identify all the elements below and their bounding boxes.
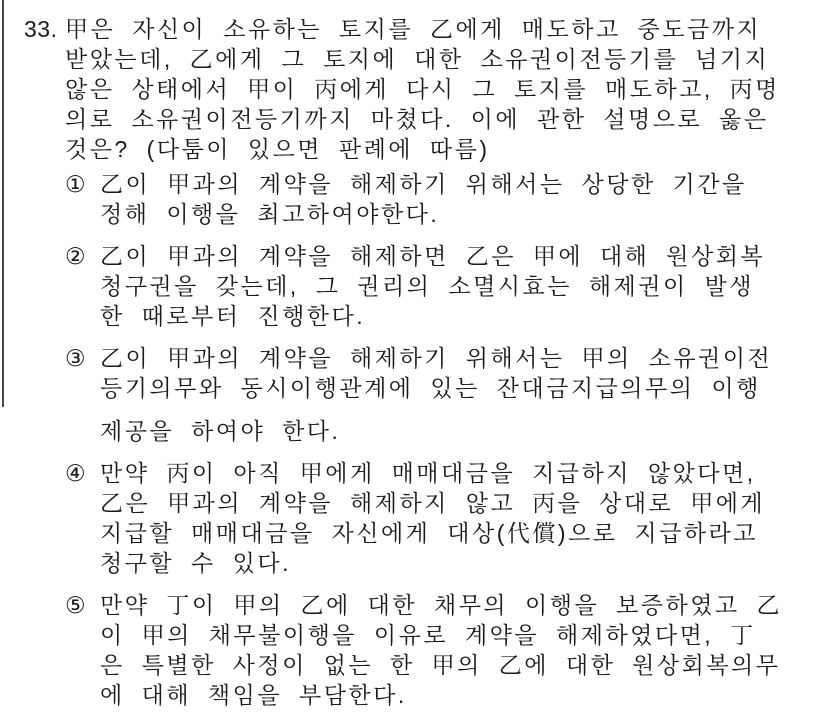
choice-3: ③ 乙이 甲과의 계약을 해제하기 위해서는 甲의 소유권이전 등기의무와 동시…: [65, 343, 820, 446]
question-line: 甲은 자신이 소유하는 토지를 乙에게 매도하고 중도금까지: [65, 14, 820, 44]
choice-3-marker: ③: [65, 343, 100, 373]
choice-line: 乙이 甲과의 계약을 해제하기 위해서는 상당한 기간을: [100, 169, 820, 199]
question-line: 않은 상태에서 甲이 丙에게 다시 그 토지를 매도하고, 丙명: [65, 74, 820, 104]
choice-4: ④ 만약 丙이 아직 甲에게 매매대금을 지급하지 않았다면, 乙은 甲과의 계…: [65, 458, 820, 578]
choice-1: ① 乙이 甲과의 계약을 해제하기 위해서는 상당한 기간을 정해 이행을 최고…: [65, 169, 820, 229]
choice-line: 한 때로부터 진행한다.: [100, 301, 820, 331]
choice-line: 乙이 甲과의 계약을 해제하기 위해서는 甲의 소유권이전: [100, 343, 820, 373]
choice-3-body: 乙이 甲과의 계약을 해제하기 위해서는 甲의 소유권이전 등기의무와 동시이행…: [100, 343, 820, 446]
choice-line: 등기의무와 동시이행관계에 있는 잔대금지급의무의 이행: [100, 373, 820, 403]
choice-line: 乙이 甲과의 계약을 해제하면 乙은 甲에 대해 원상회복: [100, 241, 820, 271]
choice-2-marker: ②: [65, 241, 100, 271]
exam-page: 33. 甲은 자신이 소유하는 토지를 乙에게 매도하고 중도금까지 받았는데,…: [0, 0, 826, 715]
choice-2-body: 乙이 甲과의 계약을 해제하면 乙은 甲에 대해 원상회복 청구권을 갖는데, …: [100, 241, 820, 331]
choice-line: 정해 이행을 최고하여야한다.: [100, 199, 820, 229]
choice-line: 청구할 수 있다.: [100, 548, 820, 578]
choice-5-body: 만약 丁이 甲의 乙에 대한 채무의 이행을 보증하였고 乙 이 甲의 채무불이…: [100, 590, 820, 710]
choice-line-detached: 제공을 하여야 한다.: [100, 416, 820, 446]
choice-line: 만약 丙이 아직 甲에게 매매대금을 지급하지 않았다면,: [100, 458, 820, 488]
question-number: 33.: [24, 14, 65, 44]
choice-line: 만약 丁이 甲의 乙에 대한 채무의 이행을 보증하였고 乙: [100, 590, 820, 620]
choice-line: 은 특별한 사정이 없는 한 甲의 乙에 대한 원상회복의무: [100, 650, 820, 680]
column-divider-line: [2, 0, 4, 407]
choice-1-marker: ①: [65, 169, 100, 199]
question-stem: 33. 甲은 자신이 소유하는 토지를 乙에게 매도하고 중도금까지 받았는데,…: [24, 14, 820, 164]
question-33: 33. 甲은 자신이 소유하는 토지를 乙에게 매도하고 중도금까지 받았는데,…: [24, 14, 820, 710]
choice-line: 乙은 甲과의 계약을 해제하지 않고 丙을 상대로 甲에게: [100, 488, 820, 518]
question-line: 받았는데, 乙에게 그 토지에 대한 소유권이전등기를 넘기지: [65, 44, 820, 74]
choice-4-marker: ④: [65, 458, 100, 488]
choice-2: ② 乙이 甲과의 계약을 해제하면 乙은 甲에 대해 원상회복 청구권을 갖는데…: [65, 241, 820, 331]
choice-5-marker: ⑤: [65, 590, 100, 620]
choice-line: 이 甲의 채무불이행을 이유로 계약을 해제하였다면, 丁: [100, 620, 820, 650]
question-line: 의로 소유권이전등기까지 마쳤다. 이에 관한 설명으로 옳은: [65, 104, 820, 134]
choice-1-body: 乙이 甲과의 계약을 해제하기 위해서는 상당한 기간을 정해 이행을 최고하여…: [100, 169, 820, 229]
question-body: 甲은 자신이 소유하는 토지를 乙에게 매도하고 중도금까지 받았는데, 乙에게…: [65, 14, 820, 164]
choice-5: ⑤ 만약 丁이 甲의 乙에 대한 채무의 이행을 보증하였고 乙 이 甲의 채무…: [65, 590, 820, 710]
choice-line: 에 대해 책임을 부담한다.: [100, 680, 820, 710]
choice-list: ① 乙이 甲과의 계약을 해제하기 위해서는 상당한 기간을 정해 이행을 최고…: [65, 169, 820, 710]
choice-4-body: 만약 丙이 아직 甲에게 매매대금을 지급하지 않았다면, 乙은 甲과의 계약을…: [100, 458, 820, 578]
choice-line: 청구권을 갖는데, 그 권리의 소멸시효는 해제권이 발생: [100, 271, 820, 301]
choice-line: 지급할 매매대금을 자신에게 대상(代償)으로 지급하라고: [100, 518, 820, 548]
question-line: 것은? (다툼이 있으면 판례에 따름): [65, 134, 820, 164]
